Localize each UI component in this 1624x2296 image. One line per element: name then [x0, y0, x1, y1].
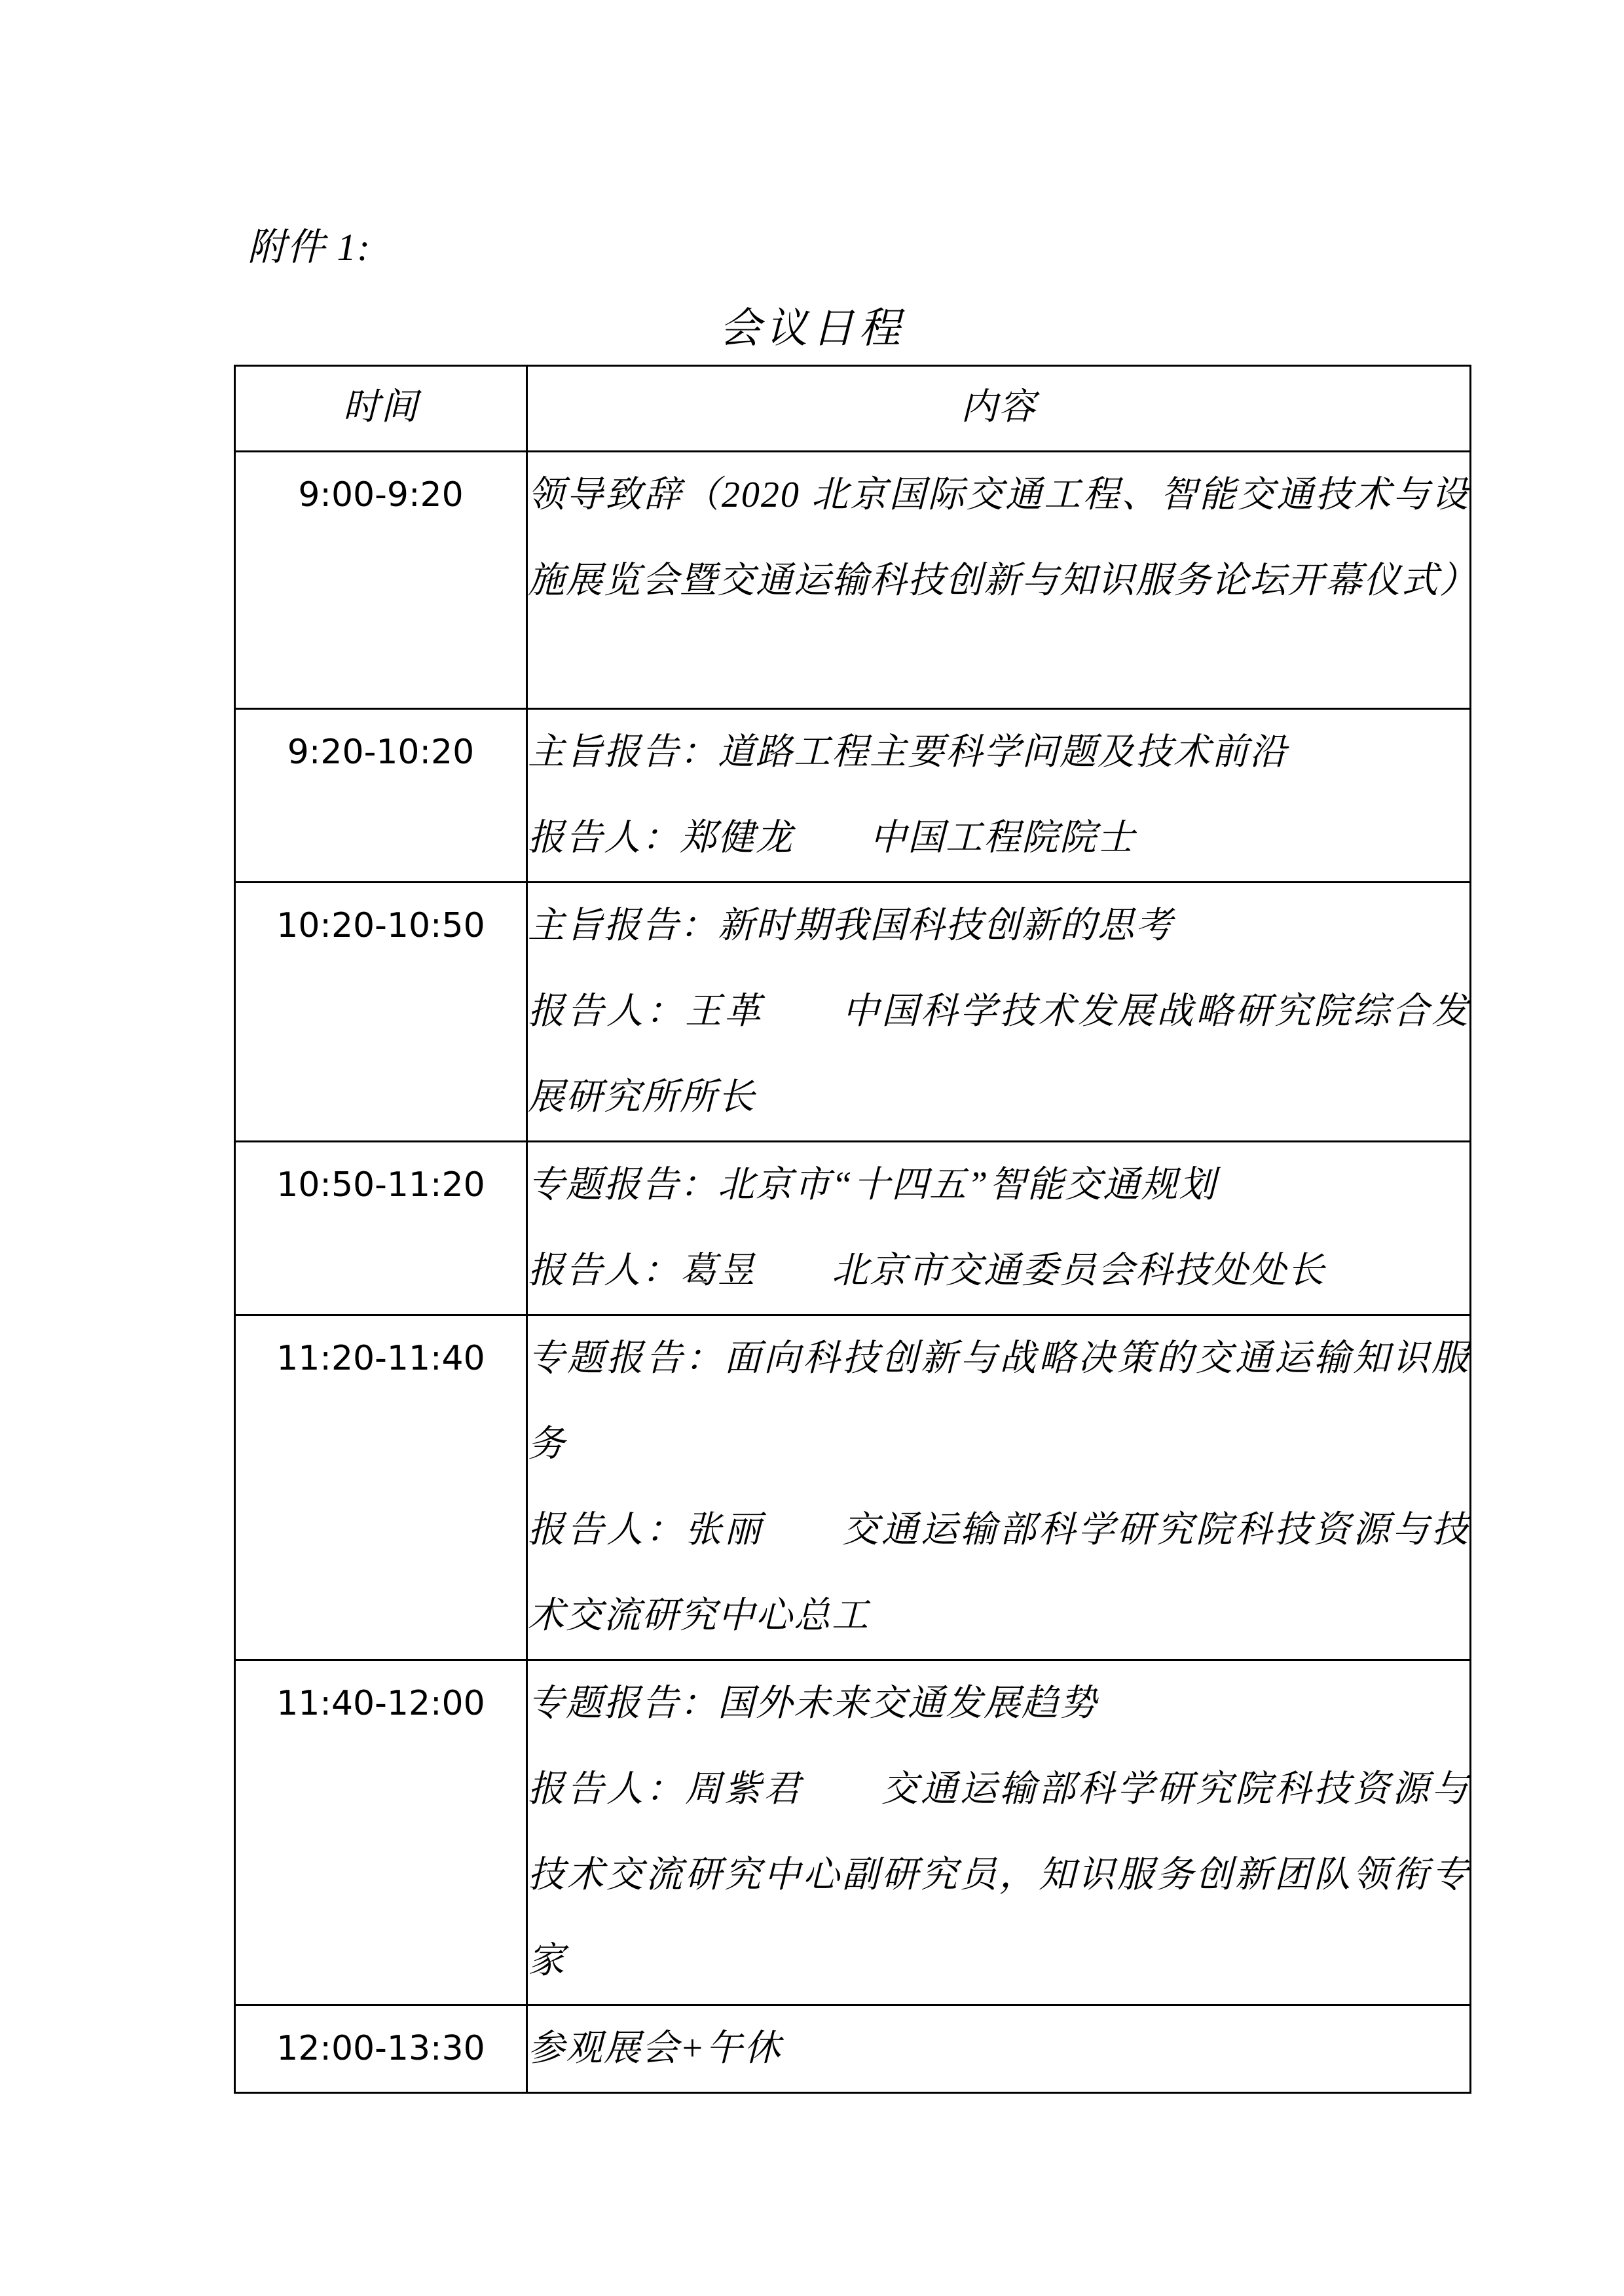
content-line: 专题报告：面向科技创新与战略决策的交通运输知识服务: [528, 1316, 1469, 1487]
content-line: 报告人：周紫君 交通运输部科学研究院科技资源与技术交流研究中心副研究员，知识服务…: [528, 1747, 1469, 2004]
content-line: 专题报告：北京市“十四五”智能交通规划: [528, 1142, 1469, 1228]
time-cell: 12:00-13:30: [235, 2005, 527, 2093]
content-cell: 参观展会+午休: [527, 2005, 1471, 2093]
attachment-label: 附件 1:: [248, 216, 371, 271]
table-header-row: 时间 内容: [235, 366, 1471, 452]
time-cell: 11:40-12:00: [235, 1660, 527, 2005]
content-cell: 主旨报告：道路工程主要科学问题及技术前沿 报告人：郑健龙 中国工程院院士: [527, 709, 1471, 883]
table-row: 9:20-10:20 主旨报告：道路工程主要科学问题及技术前沿 报告人：郑健龙 …: [235, 709, 1471, 883]
time-cell: 9:00-9:20: [235, 452, 527, 709]
table-row: 12:00-13:30 参观展会+午休: [235, 2005, 1471, 2093]
time-cell: 11:20-11:40: [235, 1315, 527, 1660]
table-row: 10:50-11:20 专题报告：北京市“十四五”智能交通规划 报告人：葛昱 北…: [235, 1142, 1471, 1315]
content-cell: 主旨报告：新时期我国科技创新的思考 报告人：王革 中国科学技术发展战略研究院综合…: [527, 883, 1471, 1142]
content-line: 主旨报告：新时期我国科技创新的思考: [528, 883, 1469, 969]
col-header-content: 内容: [527, 366, 1471, 452]
content-line: 报告人：张丽 交通运输部科学研究院科技资源与技术交流研究中心总工: [528, 1487, 1469, 1659]
content-line: 专题报告：国外未来交通发展趋势: [528, 1661, 1469, 1747]
content-line: 报告人：葛昱 北京市交通委员会科技处处长: [528, 1228, 1469, 1314]
table-row: 11:20-11:40 专题报告：面向科技创新与战略决策的交通运输知识服务 报告…: [235, 1315, 1471, 1660]
content-line: 报告人：王革 中国科学技术发展战略研究院综合发展研究所所长: [528, 969, 1469, 1140]
time-cell: 10:20-10:50: [235, 883, 527, 1142]
agenda-table: 时间 内容 9:00-9:20 领导致辞（2020 北京国际交通工程、智能交通技…: [234, 365, 1471, 2094]
table-row: 11:40-12:00 专题报告：国外未来交通发展趋势 报告人：周紫君 交通运输…: [235, 1660, 1471, 2005]
content-line: 参观展会+午休: [528, 2006, 1469, 2092]
col-header-time: 时间: [235, 366, 527, 452]
content-cell: 专题报告：国外未来交通发展趋势 报告人：周紫君 交通运输部科学研究院科技资源与技…: [527, 1660, 1471, 2005]
table-row: 9:00-9:20 领导致辞（2020 北京国际交通工程、智能交通技术与设施展览…: [235, 452, 1471, 709]
content-cell: 专题报告：面向科技创新与战略决策的交通运输知识服务 报告人：张丽 交通运输部科学…: [527, 1315, 1471, 1660]
time-cell: 9:20-10:20: [235, 709, 527, 883]
table-row: 10:20-10:50 主旨报告：新时期我国科技创新的思考 报告人：王革 中国科…: [235, 883, 1471, 1142]
page-title: 会议日程: [0, 295, 1624, 355]
content-line: 报告人：郑健龙 中国工程院院士: [528, 795, 1469, 881]
content-line: 主旨报告：道路工程主要科学问题及技术前沿: [528, 710, 1469, 795]
document-page: 附件 1: 会议日程 时间 内容 9:00-9:20 领导致辞（2020 北京国…: [0, 0, 1624, 2296]
time-cell: 10:50-11:20: [235, 1142, 527, 1315]
content-cell: 专题报告：北京市“十四五”智能交通规划 报告人：葛昱 北京市交通委员会科技处处长: [527, 1142, 1471, 1315]
content-line: 领导致辞（2020 北京国际交通工程、智能交通技术与设施展览会暨交通运输科技创新…: [528, 452, 1469, 624]
content-cell: 领导致辞（2020 北京国际交通工程、智能交通技术与设施展览会暨交通运输科技创新…: [527, 452, 1471, 709]
